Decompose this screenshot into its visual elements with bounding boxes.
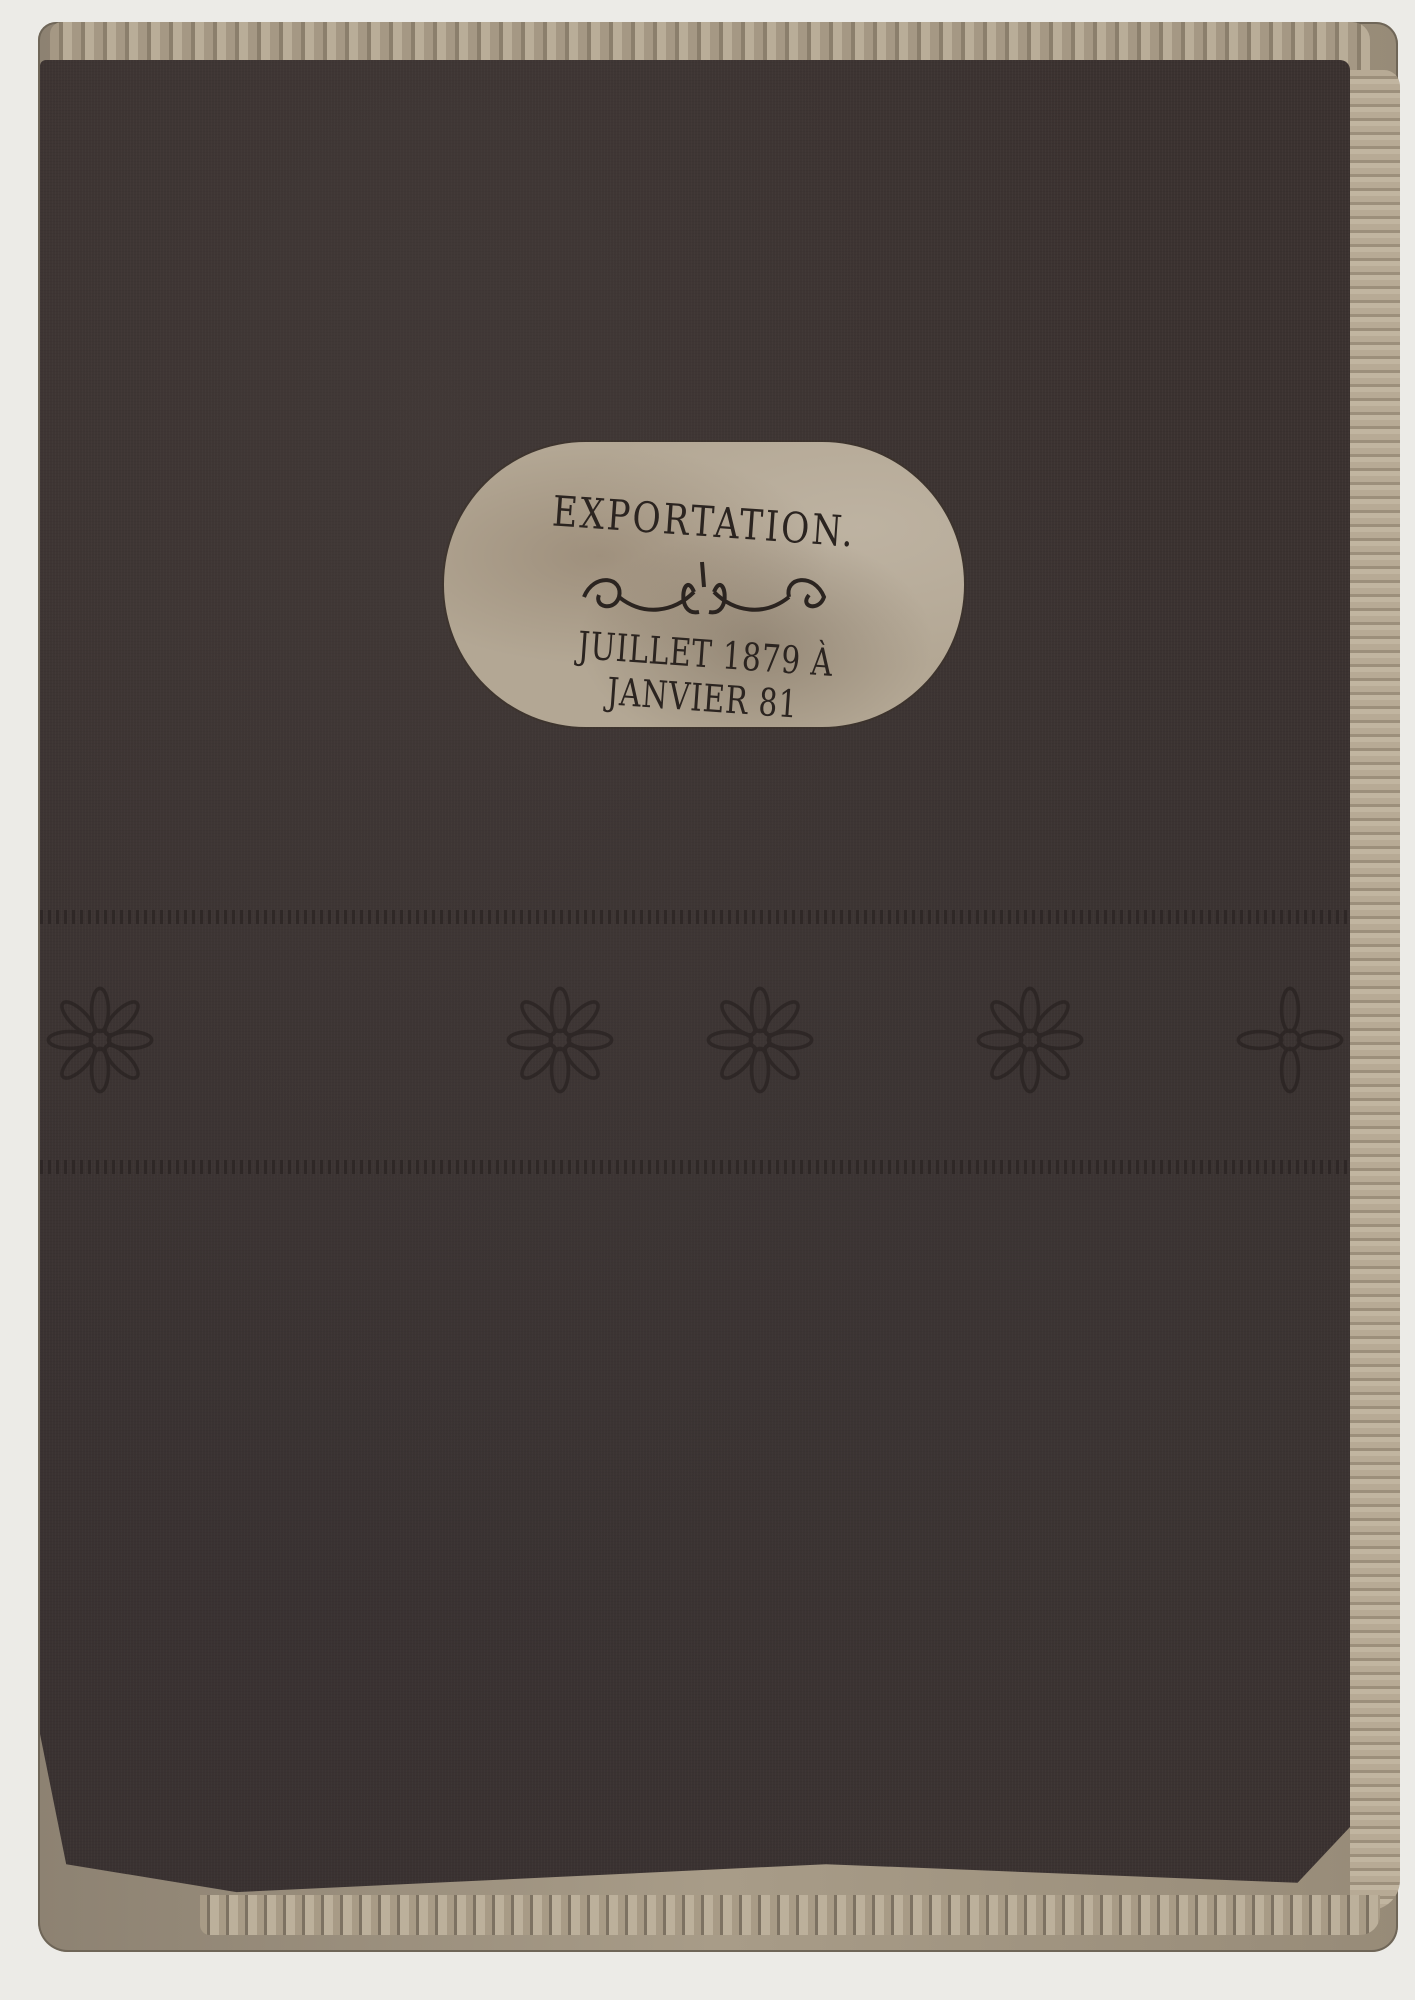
embossed-band-top xyxy=(40,910,1350,924)
page-edges-bottom xyxy=(200,1895,1380,1935)
label-dates: JUILLET 1879 À JANVIER 81 xyxy=(499,618,910,734)
scroll-ornament-icon xyxy=(574,557,834,627)
flower-icon xyxy=(40,980,160,1100)
flower-icon xyxy=(700,980,820,1100)
page-edges-right xyxy=(1350,70,1400,1910)
book-cover xyxy=(40,60,1350,1920)
flower-icon xyxy=(970,980,1090,1100)
flower-icon xyxy=(500,980,620,1100)
flower-icon xyxy=(1230,980,1350,1100)
label-title: EXPORTATION. xyxy=(490,482,919,561)
embossed-band-bottom xyxy=(40,1160,1350,1174)
cover-label: EXPORTATION. JUILLET 1879 À JANVIER 81 xyxy=(444,442,964,727)
